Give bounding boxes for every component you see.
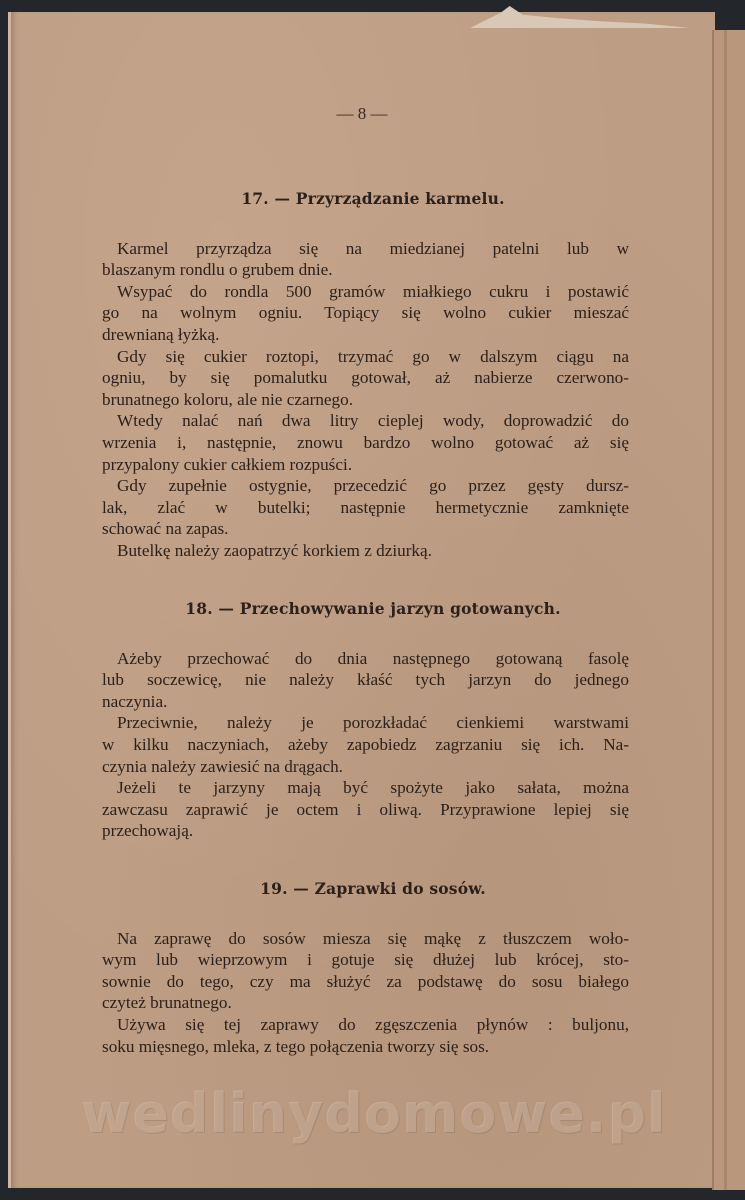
section-17: 17. — Przyrządzanie karmelu. Karmel przy… — [117, 188, 629, 562]
text-line: blaszanym rondlu o grubem dnie. — [102, 259, 629, 281]
text-line: przechowają. — [102, 820, 629, 842]
text-line: przypalony cukier całkiem rozpuści. — [102, 454, 629, 476]
text-line: Ażeby przechować do dnia następnego goto… — [117, 648, 629, 670]
page-number: — 8 — — [0, 104, 724, 124]
text-line: czynia należy zawiesić na drągach. — [102, 756, 629, 778]
text-line: Gdy zupełnie ostygnie, przecedzić go prz… — [117, 475, 629, 497]
text-line: Wtedy nalać nań dwa litry cieplej wody, … — [117, 410, 629, 432]
section-19: 19. — Zaprawki do sosów. Na zaprawę do s… — [117, 878, 629, 1057]
section-title: 18. — Przechowywanie jarzyn gotowanych. — [117, 598, 629, 620]
section-title: 17. — Przyrządzanie karmelu. — [117, 188, 629, 210]
text-line: drewnianą łyżką. — [102, 324, 629, 346]
text-line: wym lub wieprzowym i gotuje się dłużej l… — [102, 949, 629, 971]
text-line: Na zaprawę do sosów miesza się mąkę z tł… — [117, 928, 629, 950]
text-line: sownie do tego, czy ma służyć za podstaw… — [102, 971, 629, 993]
text-line: Jeżeli te jarzyny mają być spożyte jako … — [117, 777, 629, 799]
text-line: Używa się tej zaprawy do zgęszczenia pły… — [117, 1014, 629, 1036]
text-line: brunatnego koloru, ale nie czarnego. — [102, 389, 629, 411]
text-line: soku mięsnego, mleka, z tego połączenia … — [102, 1036, 629, 1058]
text-line: Wsypać do rondla 500 gramów miałkiego cu… — [117, 281, 629, 303]
text-line: wrzenia i, następnie, znowu bardzo wolno… — [102, 432, 629, 454]
text-line: lub soczewicę, nie należy kłaść tych jar… — [102, 669, 629, 691]
text-line: czyteż brunatnego. — [102, 992, 629, 1014]
next-page-edge — [712, 30, 745, 1190]
page-edge-line — [724, 30, 727, 1190]
text-line: Butelkę należy zaopatrzyć korkiem z dziu… — [117, 540, 629, 562]
section-18: 18. — Przechowywanie jarzyn gotowanych. … — [117, 598, 629, 842]
text-line: schować na zapas. — [102, 518, 629, 540]
text-line: go na wolnym ogniu. Topiący się wolno cu… — [102, 302, 629, 324]
text-line: Karmel przyrządza się na miedzianej pate… — [117, 238, 629, 260]
text-line: ogniu, by się pomalutku gotował, aż nabi… — [102, 367, 629, 389]
text-line: Gdy się cukier roztopi, trzymać go w dal… — [117, 346, 629, 368]
section-title: 19. — Zaprawki do sosów. — [117, 878, 629, 900]
text-line: zawczasu zaprawić je octem i oliwą. Przy… — [102, 799, 629, 821]
text-line: Przeciwnie, należy je porozkładać cienki… — [117, 712, 629, 734]
text-line: lak, zlać w butelki; następnie hermetycz… — [102, 497, 629, 519]
text-line: naczynia. — [102, 691, 629, 713]
text-line: w kilku naczyniach, ażeby zapobiedz zagr… — [102, 734, 629, 756]
watermark: wedlinydomowe.pl — [54, 1082, 694, 1145]
